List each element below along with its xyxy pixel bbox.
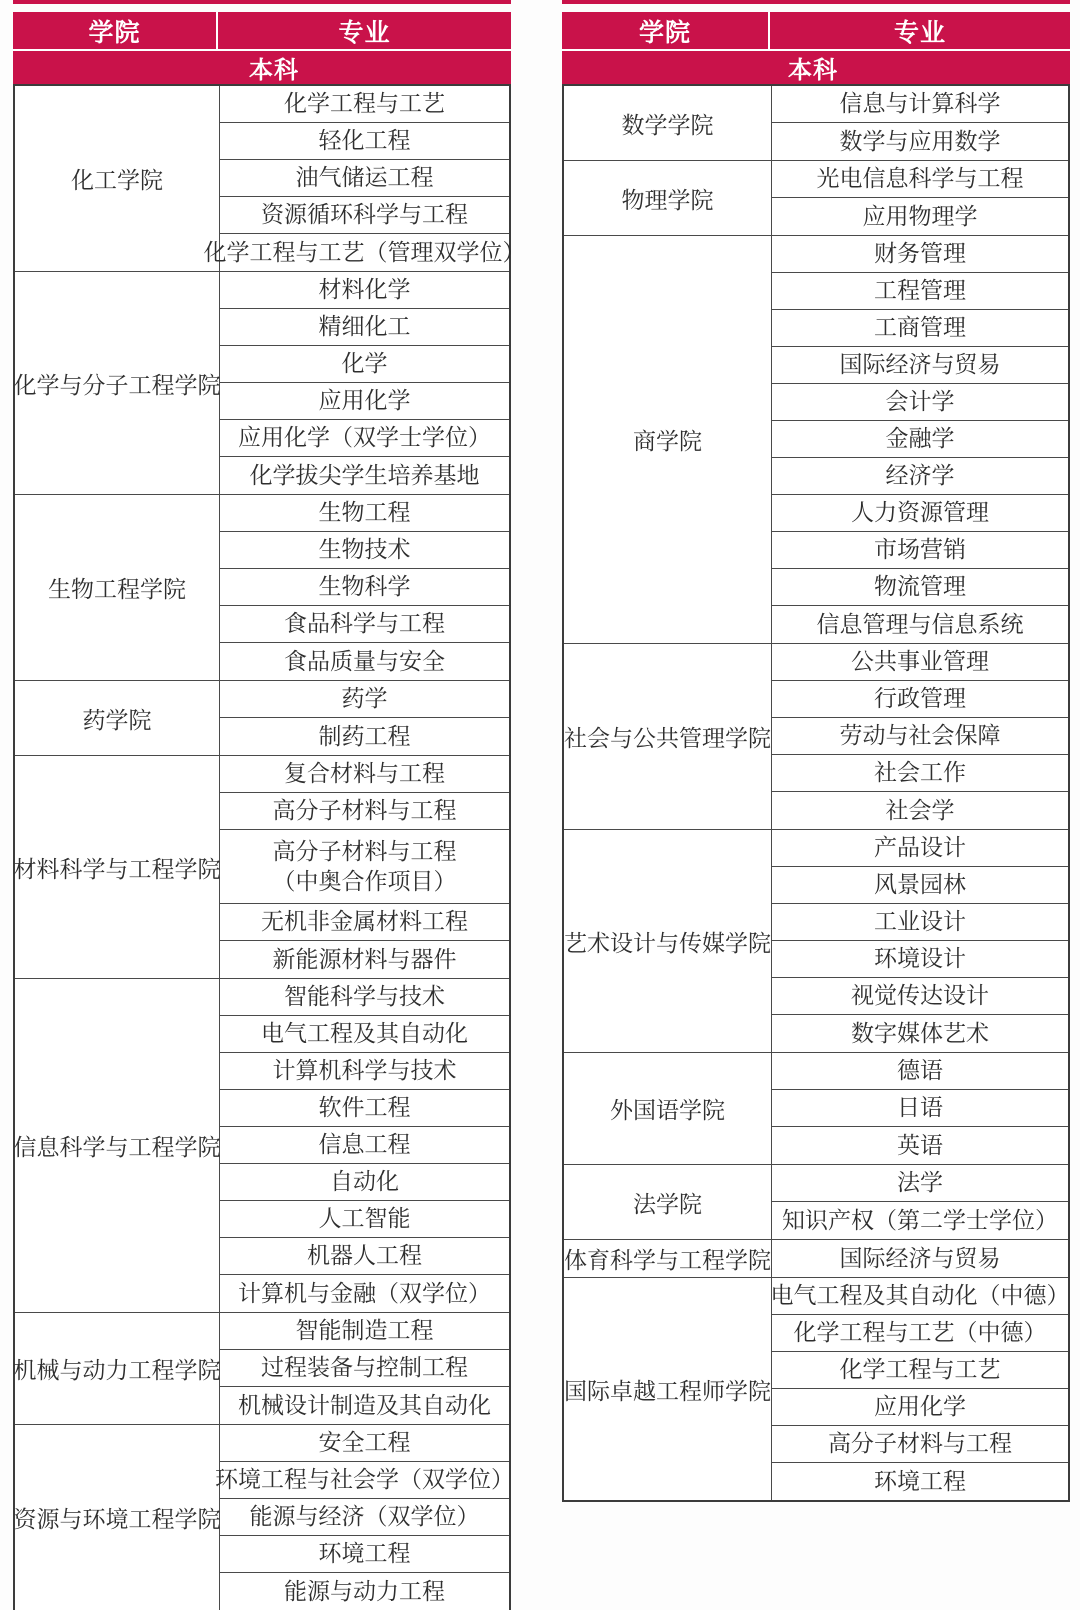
- major-cell: 法学: [772, 1165, 1068, 1202]
- major-cell: 社会学: [772, 792, 1068, 829]
- major-cell: 人力资源管理: [772, 495, 1068, 532]
- college-cell: 法学院: [564, 1165, 772, 1239]
- majors-column: 德语日语英语: [772, 1053, 1068, 1164]
- college-cell: 机械与动力工程学院: [15, 1313, 220, 1424]
- college-group: 体育科学与工程学院国际经济与贸易: [564, 1240, 1068, 1278]
- major-cell: 金融学: [772, 421, 1068, 458]
- major-cell: 软件工程: [220, 1090, 509, 1127]
- major-cell: 智能科学与技术: [220, 979, 509, 1016]
- college-cell: 物理学院: [564, 161, 772, 235]
- college-group: 外国语学院德语日语英语: [564, 1053, 1068, 1165]
- major-cell: 风景园林: [772, 867, 1068, 904]
- college-major-table-left: 学院 专业 本科 化工学院化学工程与工艺轻化工程油气储运工程资源循环科学与工程化…: [13, 0, 511, 1610]
- major-cell: 化学: [220, 346, 509, 383]
- major-cell: 计算机与金融（双学位）: [220, 1275, 509, 1312]
- major-cell: 资源循环科学与工程: [220, 197, 509, 234]
- major-cell: 环境工程: [772, 1463, 1068, 1500]
- major-cell: 机器人工程: [220, 1238, 509, 1275]
- college-group: 材料科学与工程学院复合材料与工程高分子材料与工程高分子材料与工程 （中奥合作项目…: [15, 756, 509, 979]
- major-cell: 日语: [772, 1090, 1068, 1127]
- major-cell: 环境工程: [220, 1536, 509, 1573]
- college-group: 化学与分子工程学院材料化学精细化工化学应用化学应用化学（双学士学位）化学拔尖学生…: [15, 272, 509, 495]
- major-cell: 应用化学: [220, 383, 509, 420]
- major-cell: 工程管理: [772, 273, 1068, 310]
- major-cell: 高分子材料与工程 （中奥合作项目）: [220, 830, 509, 904]
- major-cell: 应用化学（双学士学位）: [220, 420, 509, 457]
- college-cell: 外国语学院: [564, 1053, 772, 1164]
- major-cell: 材料化学: [220, 272, 509, 309]
- major-cell: 经济学: [772, 458, 1068, 495]
- major-cell: 光电信息科学与工程: [772, 161, 1068, 198]
- major-cell: 国际经济与贸易: [772, 347, 1068, 384]
- major-cell: 公共事业管理: [772, 644, 1068, 681]
- major-cell: 电气工程及其自动化: [220, 1016, 509, 1053]
- majors-column: 国际经济与贸易: [772, 1240, 1068, 1277]
- college-group: 化工学院化学工程与工艺轻化工程油气储运工程资源循环科学与工程化学工程与工艺（管理…: [15, 86, 509, 272]
- majors-column: 产品设计风景园林工业设计环境设计视觉传达设计数字媒体艺术: [772, 830, 1068, 1052]
- major-cell: 食品科学与工程: [220, 606, 509, 643]
- major-cell: 复合材料与工程: [220, 756, 509, 793]
- majors-column: 生物工程生物技术生物科学食品科学与工程食品质量与安全: [220, 495, 509, 680]
- college-group: 艺术设计与传媒学院产品设计风景园林工业设计环境设计视觉传达设计数字媒体艺术: [564, 830, 1068, 1053]
- major-cell: 物流管理: [772, 569, 1068, 606]
- major-cell: 新能源材料与器件: [220, 941, 509, 978]
- table-header-row: 学院 专业: [562, 12, 1070, 49]
- majors-column: 复合材料与工程高分子材料与工程高分子材料与工程 （中奥合作项目）无机非金属材料工…: [220, 756, 509, 978]
- major-cell: 能源与动力工程: [220, 1573, 509, 1610]
- college-group: 物理学院光电信息科学与工程应用物理学: [564, 161, 1068, 236]
- decorative-red-strip: [13, 0, 511, 4]
- major-cell: 药学: [220, 681, 509, 718]
- major-cell: 市场营销: [772, 532, 1068, 569]
- major-cell: 产品设计: [772, 830, 1068, 867]
- major-cell: 食品质量与安全: [220, 643, 509, 680]
- major-cell: 计算机科学与技术: [220, 1053, 509, 1090]
- college-cell: 生物工程学院: [15, 495, 220, 680]
- college-group: 药学院药学制药工程: [15, 681, 509, 756]
- college-major-table-right: 学院 专业 本科 数学学院信息与计算科学数学与应用数学物理学院光电信息科学与工程…: [562, 0, 1070, 1502]
- major-cell: 国际经济与贸易: [772, 1240, 1068, 1277]
- college-cell: 社会与公共管理学院: [564, 644, 772, 829]
- major-cell: 环境设计: [772, 941, 1068, 978]
- college-cell: 药学院: [15, 681, 220, 755]
- college-cell: 艺术设计与传媒学院: [564, 830, 772, 1052]
- major-cell: 英语: [772, 1127, 1068, 1164]
- major-cell: 油气储运工程: [220, 160, 509, 197]
- college-group: 法学院法学知识产权（第二学士学位）: [564, 1165, 1068, 1240]
- major-cell: 电气工程及其自动化（中德）: [772, 1278, 1068, 1315]
- college-group: 商学院财务管理工程管理工商管理国际经济与贸易会计学金融学经济学人力资源管理市场营…: [564, 236, 1068, 644]
- college-group: 国际卓越工程师学院电气工程及其自动化（中德）化学工程与工艺（中德）化学工程与工艺…: [564, 1278, 1068, 1500]
- major-cell: 生物工程: [220, 495, 509, 532]
- major-cell: 化学工程与工艺（管理双学位）: [220, 234, 509, 271]
- major-cell: 信息与计算科学: [772, 86, 1068, 123]
- major-cell: 精细化工: [220, 309, 509, 346]
- college-group: 生物工程学院生物工程生物技术生物科学食品科学与工程食品质量与安全: [15, 495, 509, 681]
- major-cell: 无机非金属材料工程: [220, 904, 509, 941]
- major-cell: 化学工程与工艺: [772, 1352, 1068, 1389]
- major-cell: 高分子材料与工程: [220, 793, 509, 830]
- major-cell: 人工智能: [220, 1201, 509, 1238]
- major-cell: 智能制造工程: [220, 1313, 509, 1350]
- college-group: 资源与环境工程学院安全工程环境工程与社会学（双学位）能源与经济（双学位）环境工程…: [15, 1425, 509, 1610]
- header-cell-college: 学院: [562, 12, 770, 49]
- major-cell: 德语: [772, 1053, 1068, 1090]
- header-cell-major: 专业: [218, 12, 511, 49]
- major-cell: 行政管理: [772, 681, 1068, 718]
- majors-column: 化学工程与工艺轻化工程油气储运工程资源循环科学与工程化学工程与工艺（管理双学位）: [220, 86, 509, 271]
- college-cell: 国际卓越工程师学院: [564, 1278, 772, 1500]
- section-banner-undergraduate: 本科: [13, 51, 511, 84]
- majors-column: 智能科学与技术电气工程及其自动化计算机科学与技术软件工程信息工程自动化人工智能机…: [220, 979, 509, 1312]
- major-cell: 安全工程: [220, 1425, 509, 1462]
- college-cell: 商学院: [564, 236, 772, 643]
- major-cell: 数字媒体艺术: [772, 1015, 1068, 1052]
- college-cell: 体育科学与工程学院: [564, 1240, 772, 1277]
- major-cell: 信息工程: [220, 1127, 509, 1164]
- header-cell-college: 学院: [13, 12, 218, 49]
- major-cell: 应用化学: [772, 1389, 1068, 1426]
- major-cell: 能源与经济（双学位）: [220, 1499, 509, 1536]
- header-cell-major: 专业: [770, 12, 1070, 49]
- major-cell: 化学工程与工艺: [220, 86, 509, 123]
- major-cell: 知识产权（第二学士学位）: [772, 1202, 1068, 1239]
- major-cell: 制药工程: [220, 718, 509, 755]
- major-cell: 数学与应用数学: [772, 123, 1068, 160]
- majors-column: 法学知识产权（第二学士学位）: [772, 1165, 1068, 1239]
- majors-column: 药学制药工程: [220, 681, 509, 755]
- college-cell: 材料科学与工程学院: [15, 756, 220, 978]
- decorative-red-strip: [562, 0, 1070, 4]
- college-cell: 资源与环境工程学院: [15, 1425, 220, 1610]
- college-group: 数学学院信息与计算科学数学与应用数学: [564, 86, 1068, 161]
- major-cell: 信息管理与信息系统: [772, 606, 1068, 643]
- major-cell: 化学拔尖学生培养基地: [220, 457, 509, 494]
- table-header-row: 学院 专业: [13, 12, 511, 49]
- major-cell: 轻化工程: [220, 123, 509, 160]
- major-cell: 化学工程与工艺（中德）: [772, 1315, 1068, 1352]
- major-cell: 应用物理学: [772, 198, 1068, 235]
- majors-column: 智能制造工程过程装备与控制工程机械设计制造及其自动化: [220, 1313, 509, 1424]
- college-cell: 化学与分子工程学院: [15, 272, 220, 494]
- major-cell: 高分子材料与工程: [772, 1426, 1068, 1463]
- majors-column: 光电信息科学与工程应用物理学: [772, 161, 1068, 235]
- college-cell: 数学学院: [564, 86, 772, 160]
- major-cell: 工业设计: [772, 904, 1068, 941]
- major-cell: 社会工作: [772, 755, 1068, 792]
- major-cell: 环境工程与社会学（双学位）: [220, 1462, 509, 1499]
- majors-column: 电气工程及其自动化（中德）化学工程与工艺（中德）化学工程与工艺应用化学高分子材料…: [772, 1278, 1068, 1500]
- table-body: 化工学院化学工程与工艺轻化工程油气储运工程资源循环科学与工程化学工程与工艺（管理…: [13, 84, 511, 1610]
- college-cell: 化工学院: [15, 86, 220, 271]
- majors-column: 信息与计算科学数学与应用数学: [772, 86, 1068, 160]
- majors-column: 安全工程环境工程与社会学（双学位）能源与经济（双学位）环境工程能源与动力工程: [220, 1425, 509, 1610]
- college-cell: 信息科学与工程学院: [15, 979, 220, 1312]
- section-banner-undergraduate: 本科: [562, 51, 1070, 84]
- college-group: 信息科学与工程学院智能科学与技术电气工程及其自动化计算机科学与技术软件工程信息工…: [15, 979, 509, 1313]
- major-cell: 财务管理: [772, 236, 1068, 273]
- major-cell: 生物技术: [220, 532, 509, 569]
- college-group: 社会与公共管理学院公共事业管理行政管理劳动与社会保障社会工作社会学: [564, 644, 1068, 830]
- college-group: 机械与动力工程学院智能制造工程过程装备与控制工程机械设计制造及其自动化: [15, 1313, 509, 1425]
- major-cell: 工商管理: [772, 310, 1068, 347]
- table-body: 数学学院信息与计算科学数学与应用数学物理学院光电信息科学与工程应用物理学商学院财…: [562, 84, 1070, 1502]
- major-cell: 过程装备与控制工程: [220, 1350, 509, 1387]
- major-cell: 劳动与社会保障: [772, 718, 1068, 755]
- major-cell: 会计学: [772, 384, 1068, 421]
- major-cell: 视觉传达设计: [772, 978, 1068, 1015]
- majors-column: 公共事业管理行政管理劳动与社会保障社会工作社会学: [772, 644, 1068, 829]
- major-cell: 机械设计制造及其自动化: [220, 1387, 509, 1424]
- major-cell: 自动化: [220, 1164, 509, 1201]
- majors-column: 财务管理工程管理工商管理国际经济与贸易会计学金融学经济学人力资源管理市场营销物流…: [772, 236, 1068, 643]
- major-cell: 生物科学: [220, 569, 509, 606]
- majors-column: 材料化学精细化工化学应用化学应用化学（双学士学位）化学拔尖学生培养基地: [220, 272, 509, 494]
